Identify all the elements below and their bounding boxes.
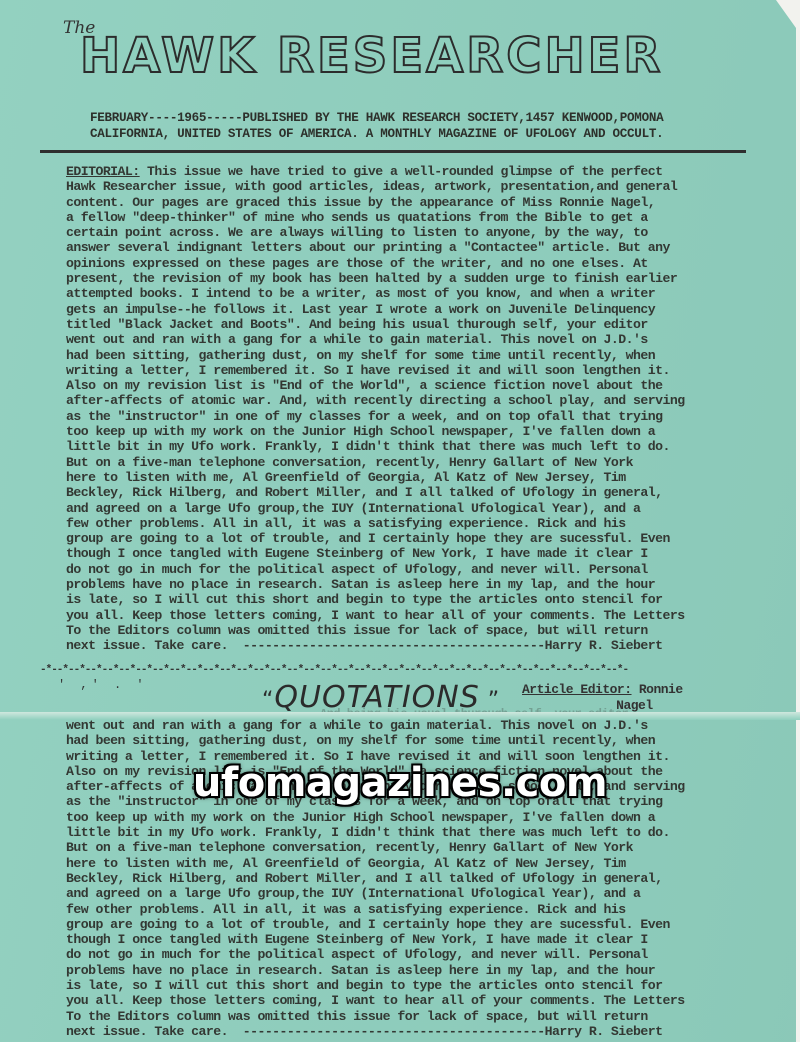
editorial-line: But on a five-man telephone conversation… (66, 455, 786, 470)
editorial-line: is late, so I will cut this short and be… (66, 592, 786, 607)
editorial-line: attempted books. I intend to be a writer… (66, 286, 786, 301)
editorial-line: little bit in my Ufo work. Frankly, I di… (66, 439, 786, 454)
editorial-line: group are going to a lot of trouble, and… (66, 531, 786, 546)
editorial-line: a fellow "deep-thinker" of mine who send… (66, 210, 786, 225)
repeated-line: little bit in my Ufo work. Frankly, I di… (66, 825, 786, 840)
magazine-page: The HAWK RESEARCHER FEBRUARY----1965----… (0, 0, 796, 1042)
editorial-line: content. Our pages are graced this issue… (66, 195, 786, 210)
repeated-line: too keep up with my work on the Junior H… (66, 810, 786, 825)
repeated-line: had been sitting, gathering dust, on my … (66, 733, 786, 748)
bell-lamp-icon (650, 38, 800, 128)
editorial-line: do not go in much for the political aspe… (66, 562, 786, 577)
repeated-line: do not go in much for the political aspe… (66, 947, 786, 962)
star-divider: -*--*--*--*--*--*--*--*--*--*--*--*--*--… (40, 664, 750, 676)
repeated-line: few other problems. All in all, it was a… (66, 902, 786, 917)
repeated-line: though I once tangled with Eugene Steinb… (66, 932, 786, 947)
editorial-line: problems have no place in research. Sata… (66, 577, 786, 592)
editorial-line: To the Editors column was omitted this i… (66, 623, 786, 638)
repeated-line: But on a five-man telephone conversation… (66, 840, 786, 855)
masthead-title: HAWK RESEARCHER (80, 32, 663, 80)
editorial-line: too keep up with my work on the Junior H… (66, 424, 786, 439)
editorial-line: answer several indignant letters about o… (66, 240, 786, 255)
editorial-line: Beckley, Rick Hilberg, and Robert Miller… (66, 485, 786, 500)
editorial-line: next issue. Take care. -----------------… (66, 638, 786, 653)
editorial-line: and agreed on a large Ufo group,the IUY … (66, 501, 786, 516)
publication-info: FEBRUARY----1965-----PUBLISHED BY THE HA… (90, 110, 663, 142)
editorial-line: though I once tangled with Eugene Steinb… (66, 546, 786, 561)
repeated-line: and agreed on a large Ufo group,the IUY … (66, 886, 786, 901)
editorial-line: present, the revision of my book has bee… (66, 271, 786, 286)
repeated-line: here to listen with me, Al Greenfield of… (66, 856, 786, 871)
editorial-line: Also on my revision list is "End of the … (66, 378, 786, 393)
repeated-line: you all. Keep those letters coming, I wa… (66, 993, 786, 1008)
editorial-line: writing a letter, I remembered it. So I … (66, 363, 786, 378)
editorial-text: EDITORIAL: This issue we have tried to g… (66, 164, 786, 654)
publication-line: FEBRUARY----1965-----PUBLISHED BY THE HA… (90, 111, 663, 125)
page-corner (776, 0, 796, 28)
repeated-line: Beckley, Rick Hilberg, and Robert Miller… (66, 871, 786, 886)
watermark: ufomagazines.com (0, 760, 800, 806)
editorial-line: opinions expressed on these pages are th… (66, 256, 786, 271)
article-editor-label: Article Editor: (522, 682, 632, 697)
editorial-line: here to listen with me, Al Greenfield of… (66, 470, 786, 485)
repeated-line: To the Editors column was omitted this i… (66, 1009, 786, 1024)
header-divider (40, 150, 746, 153)
open-quote: “ (262, 688, 274, 713)
editorial-line: you all. Keep those letters coming, I wa… (66, 608, 786, 623)
editorial-line: Hawk Researcher issue, with good article… (66, 179, 786, 194)
repeated-line: problems have no place in research. Sata… (66, 963, 786, 978)
repeated-line: went out and ran with a gang for a while… (66, 718, 786, 733)
editorial-label: EDITORIAL: (66, 164, 140, 179)
publication-line: CALIFORNIA, UNITED STATES OF AMERICA. A … (90, 127, 663, 141)
editorial-line: went out and ran with a gang for a while… (66, 332, 786, 347)
editorial-line: titled "Black Jacket and Boots". And bei… (66, 317, 786, 332)
editorial-line: gets an impulse--he follows it. Last yea… (66, 302, 786, 317)
editorial-line: few other problems. All in all, it was a… (66, 516, 786, 531)
editorial-line: certain point across. We are always will… (66, 225, 786, 240)
repeated-line: next issue. Take care. -----------------… (66, 1024, 786, 1039)
editorial-line: EDITORIAL: This issue we have tried to g… (66, 164, 786, 179)
article-editor-name: Ronnie (639, 682, 683, 697)
editorial-line: as the "instructor" in one of my classes… (66, 409, 786, 424)
repeated-line: is late, so I will cut this short and be… (66, 978, 786, 993)
masthead: The HAWK RESEARCHER (58, 14, 698, 104)
editorial-line: had been sitting, gathering dust, on my … (66, 348, 786, 363)
editorial-line: after-affects of atomic war. And, with r… (66, 393, 786, 408)
repeated-line: group are going to a lot of trouble, and… (66, 917, 786, 932)
decorative-dots: ' ,' . ' (58, 678, 148, 692)
